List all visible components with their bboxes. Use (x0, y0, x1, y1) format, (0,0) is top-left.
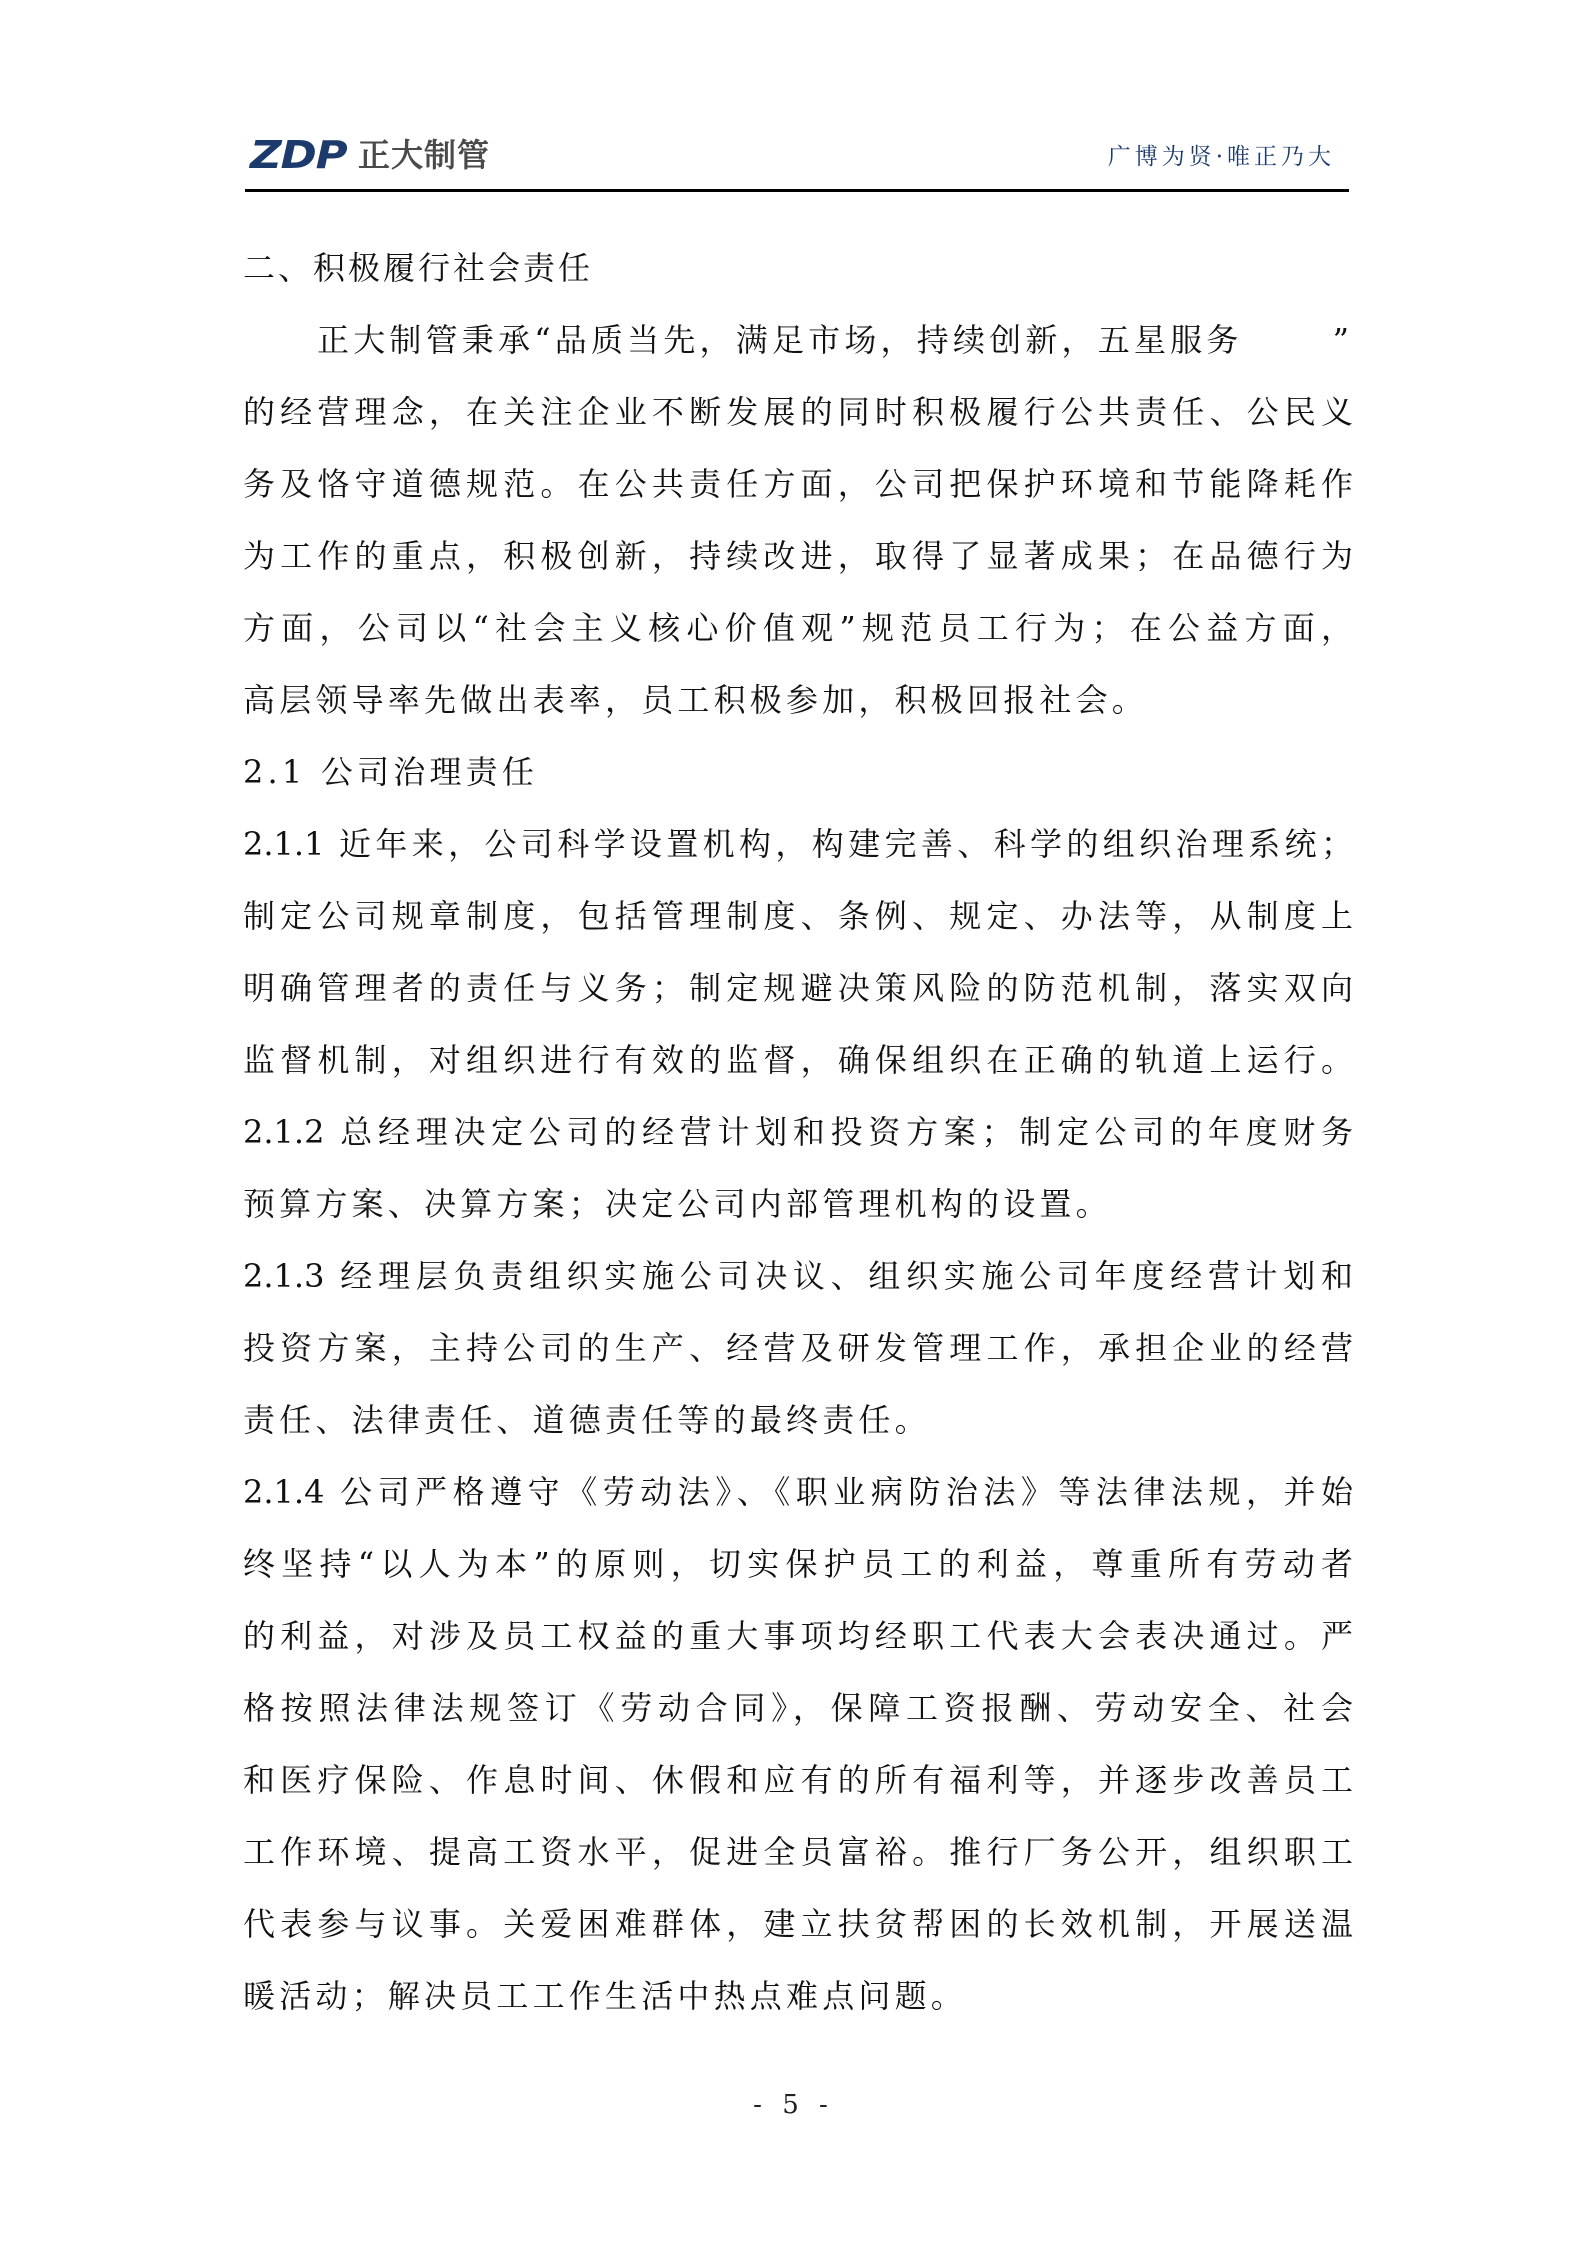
intro-line-1: 正大制管秉承“品质当先，满足市场，持续创新，五星服务” (243, 304, 1353, 376)
header-divider (245, 189, 1349, 192)
clause-line: 投资方案，主持公司的生产、经营及研发管理工作，承担企业的经营 (243, 1312, 1353, 1384)
intro-line-2: 的经营理念，在关注企业不断发展的同时积极履行公共责任、公民义 (243, 376, 1353, 448)
clause-line: 终坚持“以人为本”的原则，切实保护员工的利益，尊重所有劳动者 (243, 1528, 1353, 1600)
clause-line: 和医疗保险、作息时间、休假和应有的所有福利等，并逐步改善员工 (243, 1744, 1353, 1816)
clause-2-1-4: 2.1.4 公司严格遵守《劳动法》、《职业病防治法》等法律法规，并始 终坚持“以… (243, 1456, 1353, 2032)
closing-quote: ” (1333, 321, 1354, 359)
intro-line-6: 高层领导率先做出表率，员工积极参加，积极回报社会。 (243, 664, 1353, 736)
clause-line: 预算方案、决算方案；决定公司内部管理机构的设置。 (243, 1168, 1353, 1240)
clause-line: 2.1.2 总经理决定公司的经营计划和投资方案；制定公司的年度财务 (243, 1096, 1353, 1168)
document-body: 二、积极履行社会责任 正大制管秉承“品质当先，满足市场，持续创新，五星服务” 的… (243, 232, 1353, 2032)
clause-line: 代表参与议事。关爱困难群体，建立扶贫帮困的长效机制，开展送温 (243, 1888, 1353, 1960)
section-title: 二、积极履行社会责任 (243, 232, 1353, 304)
clause-2-1-1: 2.1.1 近年来，公司科学设置机构，构建完善、科学的组织治理系统； 制定公司规… (243, 808, 1353, 1096)
clause-line: 2.1.1 近年来，公司科学设置机构，构建完善、科学的组织治理系统； (243, 808, 1353, 880)
clause-line: 暖活动；解决员工工作生活中热点难点问题。 (243, 1960, 1353, 2032)
clause-line: 明确管理者的责任与义务；制定规避决策风险的防范机制，落实双向 (243, 952, 1353, 1024)
page-number: - 5 - (0, 2090, 1587, 2120)
clause-line: 责任、法律责任、道德责任等的最终责任。 (243, 1384, 1353, 1456)
clause-2-1-3: 2.1.3 经理层负责组织实施公司决议、组织实施公司年度经营计划和 投资方案，主… (243, 1240, 1353, 1456)
clause-line: 2.1.4 公司严格遵守《劳动法》、《职业病防治法》等法律法规，并始 (243, 1456, 1353, 1528)
header-slogan: 广博为贤·唯正乃大 (1108, 142, 1335, 172)
clause-line: 制定公司规章制度，包括管理制度、条例、规定、办法等，从制度上 (243, 880, 1353, 952)
page-header: ZDP 正大制管 广博为贤·唯正乃大 (245, 128, 1349, 192)
intro-line-5: 方面，公司以“社会主义核心价值观”规范员工行为；在公益方面， (243, 592, 1353, 664)
clause-line: 的利益，对涉及员工权益的重大事项均经职工代表大会表决通过。严 (243, 1600, 1353, 1672)
clause-2-1-2: 2.1.2 总经理决定公司的经营计划和投资方案；制定公司的年度财务 预算方案、决… (243, 1096, 1353, 1240)
subsection-title: 2.1 公司治理责任 (243, 736, 1353, 808)
company-logo: ZDP 正大制管 (250, 133, 490, 177)
clause-line: 工作环境、提高工资水平，促进全员富裕。推行厂务公开，组织职工 (243, 1816, 1353, 1888)
clause-line: 2.1.3 经理层负责组织实施公司决议、组织实施公司年度经营计划和 (243, 1240, 1353, 1312)
clause-line: 格按照法律法规签订《劳动合同》，保障工资报酬、劳动安全、社会 (243, 1672, 1353, 1744)
intro-line-1-text: 正大制管秉承“品质当先，满足市场，持续创新，五星服务 (317, 321, 1243, 359)
intro-line-4: 为工作的重点，积极创新，持续改进，取得了显著成果；在品德行为 (243, 520, 1353, 592)
clause-line: 监督机制，对组织进行有效的监督，确保组织在正确的轨道上运行。 (243, 1024, 1353, 1096)
logo-company-name: 正大制管 (358, 133, 490, 177)
intro-line-3: 务及恪守道德规范。在公共责任方面，公司把保护环境和节能降耗作 (243, 448, 1353, 520)
logo-mark: ZDP (250, 133, 347, 177)
